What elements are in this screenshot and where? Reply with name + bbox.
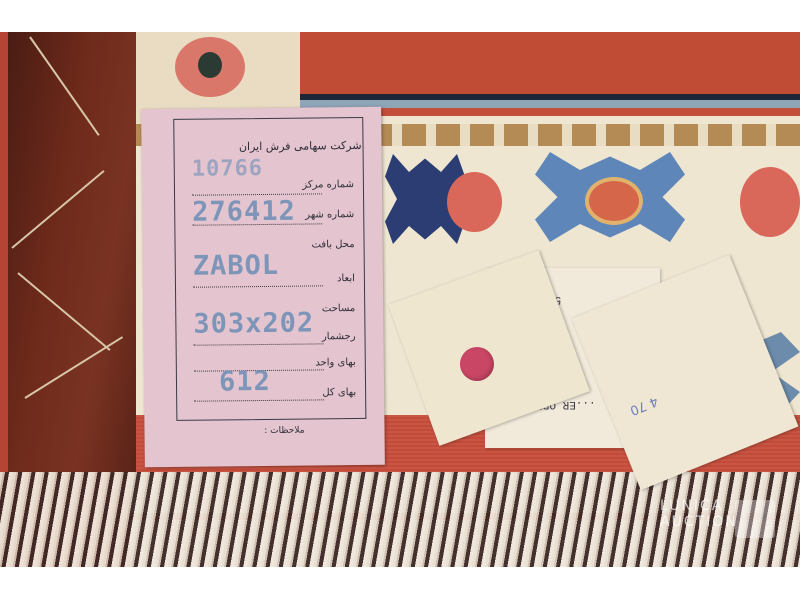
rug-photo: شرکت سهامی فرش ایران 10766 شماره مرکز 27… — [0, 32, 800, 567]
weaving-place-value: ZABOL — [193, 250, 280, 282]
unit-price-value: 612 — [219, 366, 271, 398]
iran-carpet-label: شرکت سهامی فرش ایران 10766 شماره مرکز 27… — [141, 107, 385, 467]
notes-label: ملاحظات : — [264, 426, 304, 436]
watermark-line-1: LUNICA — [660, 498, 780, 514]
total-price-label: بهای کل — [322, 387, 356, 398]
label-company-title: شرکت سهامی فرش ایران — [239, 139, 362, 153]
knot-count-label: رجشمار — [322, 331, 356, 342]
center-number-label: شماره مرکز — [302, 179, 354, 191]
rosette-center — [198, 52, 222, 78]
rosette-motif — [447, 172, 502, 232]
center-number-value: 10766 — [192, 156, 263, 182]
city-number-label: شماره شهر — [305, 209, 354, 221]
weaving-place-label: محل بافت — [312, 239, 355, 250]
area-label: مساحت — [322, 303, 355, 314]
motif-center — [585, 177, 643, 225]
red-sticker-dot — [460, 347, 494, 381]
area-value: 303x202 — [193, 307, 314, 339]
dimensions-label: ابعاد — [337, 273, 355, 284]
watermark-line-2: AUCTION — [660, 514, 780, 530]
tag-handwritten-note: 4 70 — [628, 393, 660, 418]
rosette-motif — [740, 167, 800, 237]
rug-red-border — [300, 32, 800, 102]
auction-watermark: LUNICA AUCTION — [660, 498, 780, 538]
unit-price-label: بهای واحد — [315, 357, 356, 368]
